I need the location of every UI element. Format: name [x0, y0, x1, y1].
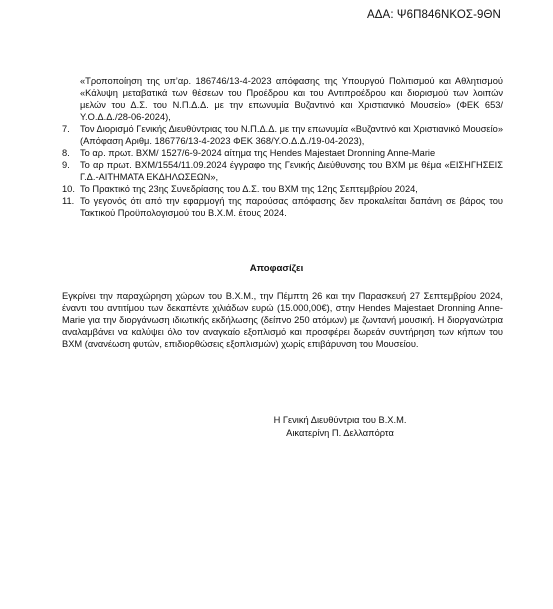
item-number: 10.	[62, 183, 75, 195]
item-text: Το γεγονός ότι από την εφαρμογή της παρο…	[80, 196, 503, 218]
considerations-list: «Τροποποίηση της υπ’αρ. 186746/13-4-2023…	[62, 75, 503, 219]
item-number: 8.	[62, 147, 70, 159]
signature-block: Η Γενική Διευθύντρια του Β.Χ.Μ. Αικατερί…	[240, 414, 440, 440]
signature-name: Αικατερίνη Π. Δελλαπόρτα	[240, 427, 440, 440]
item-number: 9.	[62, 159, 70, 171]
item-text: «Τροποποίηση της υπ’αρ. 186746/13-4-2023…	[80, 76, 503, 122]
list-item: «Τροποποίηση της υπ’αρ. 186746/13-4-2023…	[62, 75, 503, 123]
item-text: Το Πρακτικό της 23ης Συνεδρίασης του Δ.Σ…	[80, 184, 418, 194]
item-text: Τον Διορισμό Γενικής Διευθύντριας του Ν.…	[80, 124, 503, 146]
item-number: 11.	[62, 195, 74, 207]
ada-identifier: ΑΔΑ: Ψ6Π846ΝΚΟΣ-9ΘΝ	[367, 9, 501, 21]
item-text: Το αρ πρωτ. ΒΧΜ/1554/11.09.2024 έγγραφο …	[80, 160, 503, 182]
list-item: 9. Το αρ πρωτ. ΒΧΜ/1554/11.09.2024 έγγρα…	[62, 159, 503, 183]
decision-heading: Αποφασίζει	[0, 263, 553, 274]
item-text: Το αρ. πρωτ. ΒΧΜ/ 1527/6-9-2024 αίτημα τ…	[80, 148, 435, 158]
list-item: 8. Το αρ. πρωτ. ΒΧΜ/ 1527/6-9-2024 αίτημ…	[62, 147, 503, 159]
list-item: 7. Τον Διορισμό Γενικής Διευθύντριας του…	[62, 123, 503, 147]
signature-title: Η Γενική Διευθύντρια του Β.Χ.Μ.	[240, 414, 440, 427]
list-item: 10. Το Πρακτικό της 23ης Συνεδρίασης του…	[62, 183, 503, 195]
item-number: 7.	[62, 123, 70, 135]
list-item: 11. Το γεγονός ότι από την εφαρμογή της …	[62, 195, 503, 219]
decision-text: Εγκρίνει την παραχώρηση χώρων του Β.Χ.Μ.…	[62, 290, 503, 350]
